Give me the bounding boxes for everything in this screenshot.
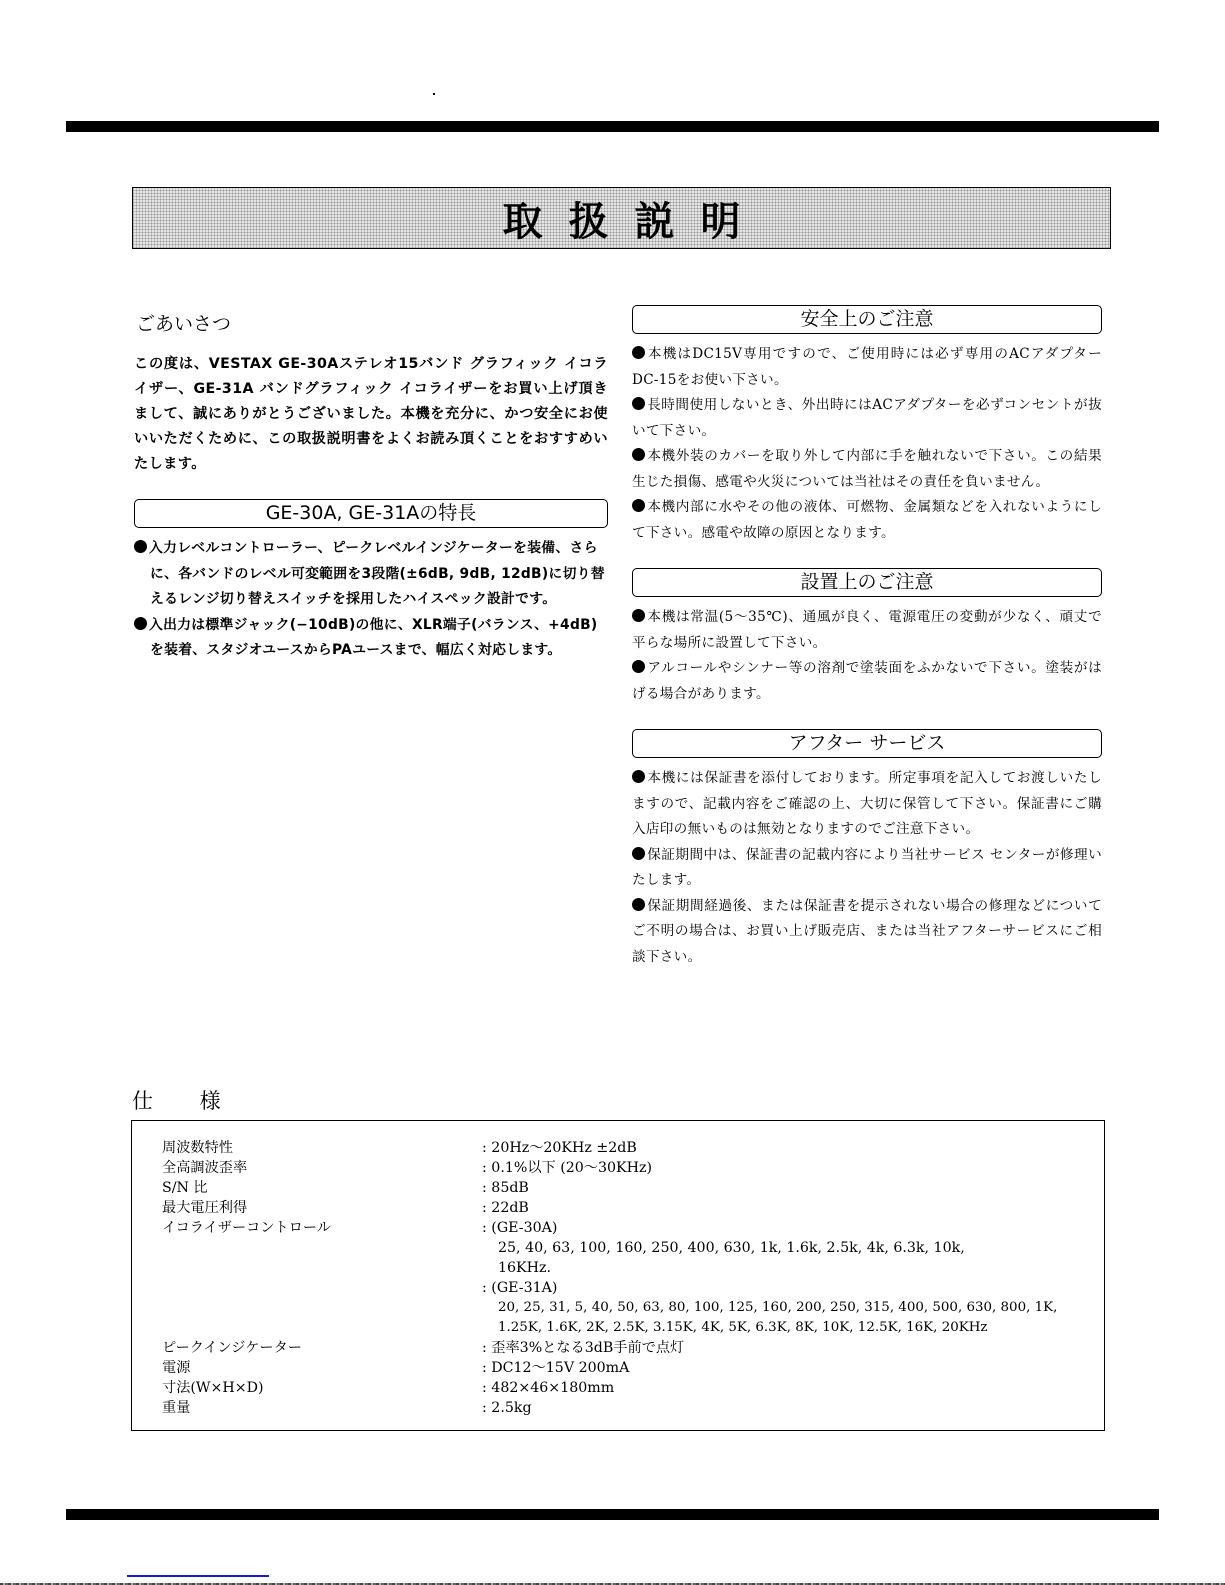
list-item: 本機内部に水やその他の液体、可燃物、金属類などを入れないようにして下さい。感電や… xyxy=(632,495,1102,546)
bullet-icon xyxy=(632,346,645,359)
features-list: 入力レベルコントローラー、ピークレベルインジケーターを装備、さらに、各バンドのレ… xyxy=(134,536,608,664)
after-service-heading: アフター サービス xyxy=(632,729,1102,758)
page-title: 取扱説明 xyxy=(477,190,767,247)
bullet-icon xyxy=(632,397,645,410)
right-column: 安全上のご注意 本機はDC15V専用ですので、ご使用時には必ず専用のACアダプタ… xyxy=(632,305,1102,992)
greeting-body: この度は、VESTAX GE-30Aステレオ15バンド グラフィック イコライザ… xyxy=(134,352,608,477)
scan-speck xyxy=(433,93,435,95)
safety-heading: 安全上のご注意 xyxy=(632,305,1102,334)
bullet-icon xyxy=(632,609,645,622)
installation-heading: 設置上のご注意 xyxy=(632,568,1102,597)
list-item: 長時間使用しないとき、外出時にはACアダプターを必ずコンセントが抜いて下さい。 xyxy=(632,393,1102,444)
bullet-icon xyxy=(632,448,645,461)
bullet-icon xyxy=(632,898,645,911)
greeting-heading: ごあいさつ xyxy=(136,309,608,336)
list-item: 保証期間中は、保証書の記載内容により当社サービス センターが修理いたします。 xyxy=(632,843,1102,894)
bullet-icon xyxy=(632,847,645,860)
bottom-rule xyxy=(66,1509,1159,1520)
safety-section: 安全上のご注意 本機はDC15V専用ですので、ご使用時には必ず専用のACアダプタ… xyxy=(632,305,1102,546)
bullet-icon xyxy=(632,499,645,512)
left-column: ごあいさつ この度は、VESTAX GE-30Aステレオ15バンド グラフィック… xyxy=(134,305,608,686)
installation-section: 設置上のご注意 本機は常温(5～35℃)、通風が良く、電源電圧の変動が少なく、頑… xyxy=(632,568,1102,707)
features-section: GE-30A, GE-31Aの特長 入力レベルコントローラー、ピークレベルインジ… xyxy=(134,499,608,664)
after-service-list: 本機には保証書を添付しております。所定事項を記入してお渡しいたしますので、記載内… xyxy=(632,766,1102,970)
bullet-icon xyxy=(134,617,147,630)
installation-list: 本機は常温(5～35℃)、通風が良く、電源電圧の変動が少なく、頑丈で平らな場所に… xyxy=(632,605,1102,707)
list-item: 入出力は標準ジャック(−10dB)の他に、XLR端子(バランス、+4dB)を装着… xyxy=(134,613,608,664)
bullet-icon xyxy=(632,660,645,673)
top-rule xyxy=(66,121,1159,132)
title-banner: 取扱説明 xyxy=(132,187,1111,249)
safety-list: 本機はDC15V専用ですので、ご使用時には必ず専用のACアダプターDC-15をお… xyxy=(632,342,1102,546)
list-item: 本機はDC15V専用ですので、ご使用時には必ず専用のACアダプターDC-15をお… xyxy=(632,342,1102,393)
list-item: 本機外装のカバーを取り外して内部に手を触れないで下さい。この結果生じた損傷、感電… xyxy=(632,444,1102,495)
list-item: 入力レベルコントローラー、ピークレベルインジケーターを装備、さらに、各バンドのレ… xyxy=(134,536,608,613)
footer-link-underline[interactable] xyxy=(127,1575,269,1577)
bullet-icon xyxy=(632,770,645,783)
list-item: 保証期間経過後、または保証書を提示されない場合の修理などについてご不明の場合は、… xyxy=(632,894,1102,971)
greeting-section: ごあいさつ この度は、VESTAX GE-30Aステレオ15バンド グラフィック… xyxy=(134,309,608,477)
bullet-icon xyxy=(134,540,147,553)
after-service-section: アフター サービス 本機には保証書を添付しております。所定事項を記入してお渡しい… xyxy=(632,729,1102,970)
specs-heading: 仕 様 xyxy=(132,1085,241,1115)
specs-table: 周波数特性: 20Hz～20KHz ±2dB 全高調波歪率: 0.1%以下 (2… xyxy=(131,1120,1105,1431)
features-heading: GE-30A, GE-31Aの特長 xyxy=(134,499,608,528)
list-item: 本機は常温(5～35℃)、通風が良く、電源電圧の変動が少なく、頑丈で平らな場所に… xyxy=(632,605,1102,656)
list-item: アルコールやシンナー等の溶剤で塗装面をふかないで下さい。塗装がはげる場合がありま… xyxy=(632,656,1102,707)
list-item: 本機には保証書を添付しております。所定事項を記入してお渡しいたしますので、記載内… xyxy=(632,766,1102,843)
